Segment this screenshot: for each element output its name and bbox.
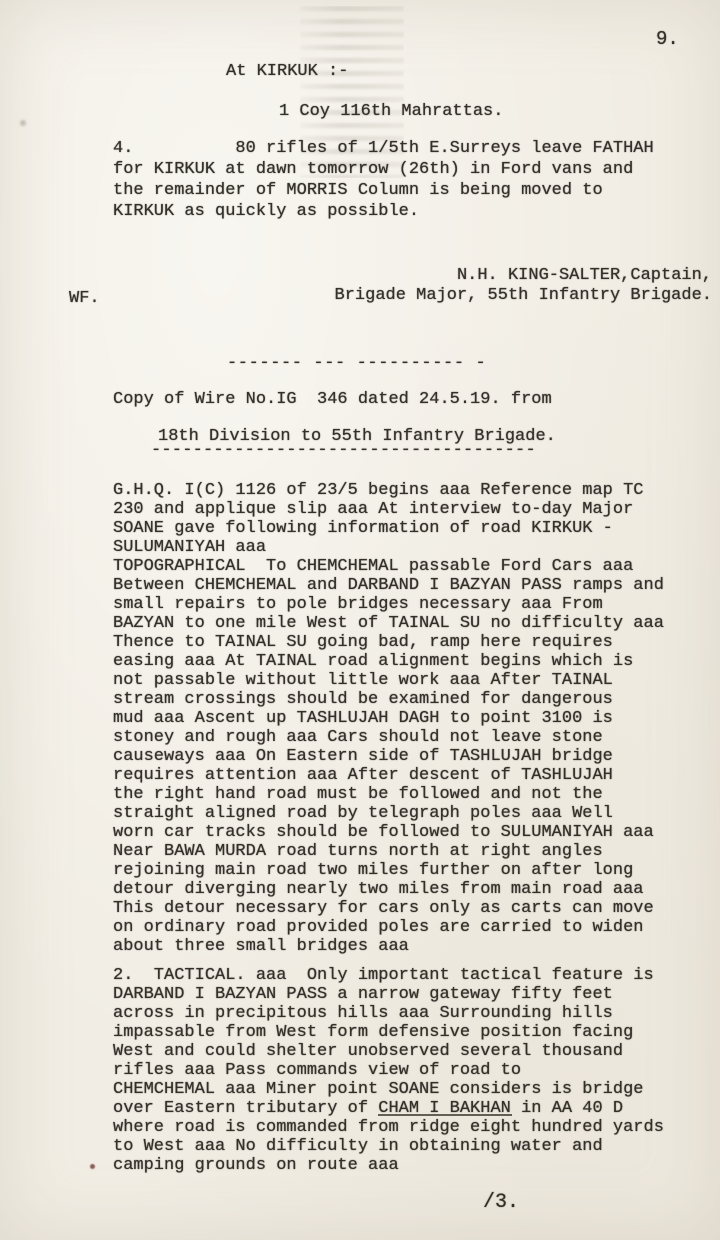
page-number: 9. [656,30,679,49]
tactical-paragraph: 2. TACTICAL. aaa Only important tactical… [113,966,664,1175]
paragraph-4: 4. 80 rifles of 1/5th E.Surreys leave FA… [113,138,654,222]
wire-body-paragraph: G.H.Q. I(C) 1126 of 23/5 begins aaa Refe… [113,481,664,956]
cham-i-bakhan-underline [378,1114,512,1116]
paper-smudge [20,120,26,126]
signature-block: N.H. KING-SALTER,Captain, Brigade Major,… [335,266,712,306]
wire-heading: Copy of Wire No.IG 346 dated 24.5.19. fr… [113,390,552,409]
signature-initials: WF. [69,289,100,308]
unit-line: 1 Coy 116th Mahrattas. [279,102,503,121]
wire-subheading-underline: ------------------------------------- [151,441,536,460]
document-page: 9. At KIRKUK :- 1 Coy 116th Mahrattas. 4… [0,0,720,1240]
ink-spot [90,1164,95,1169]
separator-dashes: ------- --- ---------- - [227,354,486,373]
location-heading: At KIRKUK :- [226,62,348,81]
page-footer-mark: /3. [483,1193,519,1212]
